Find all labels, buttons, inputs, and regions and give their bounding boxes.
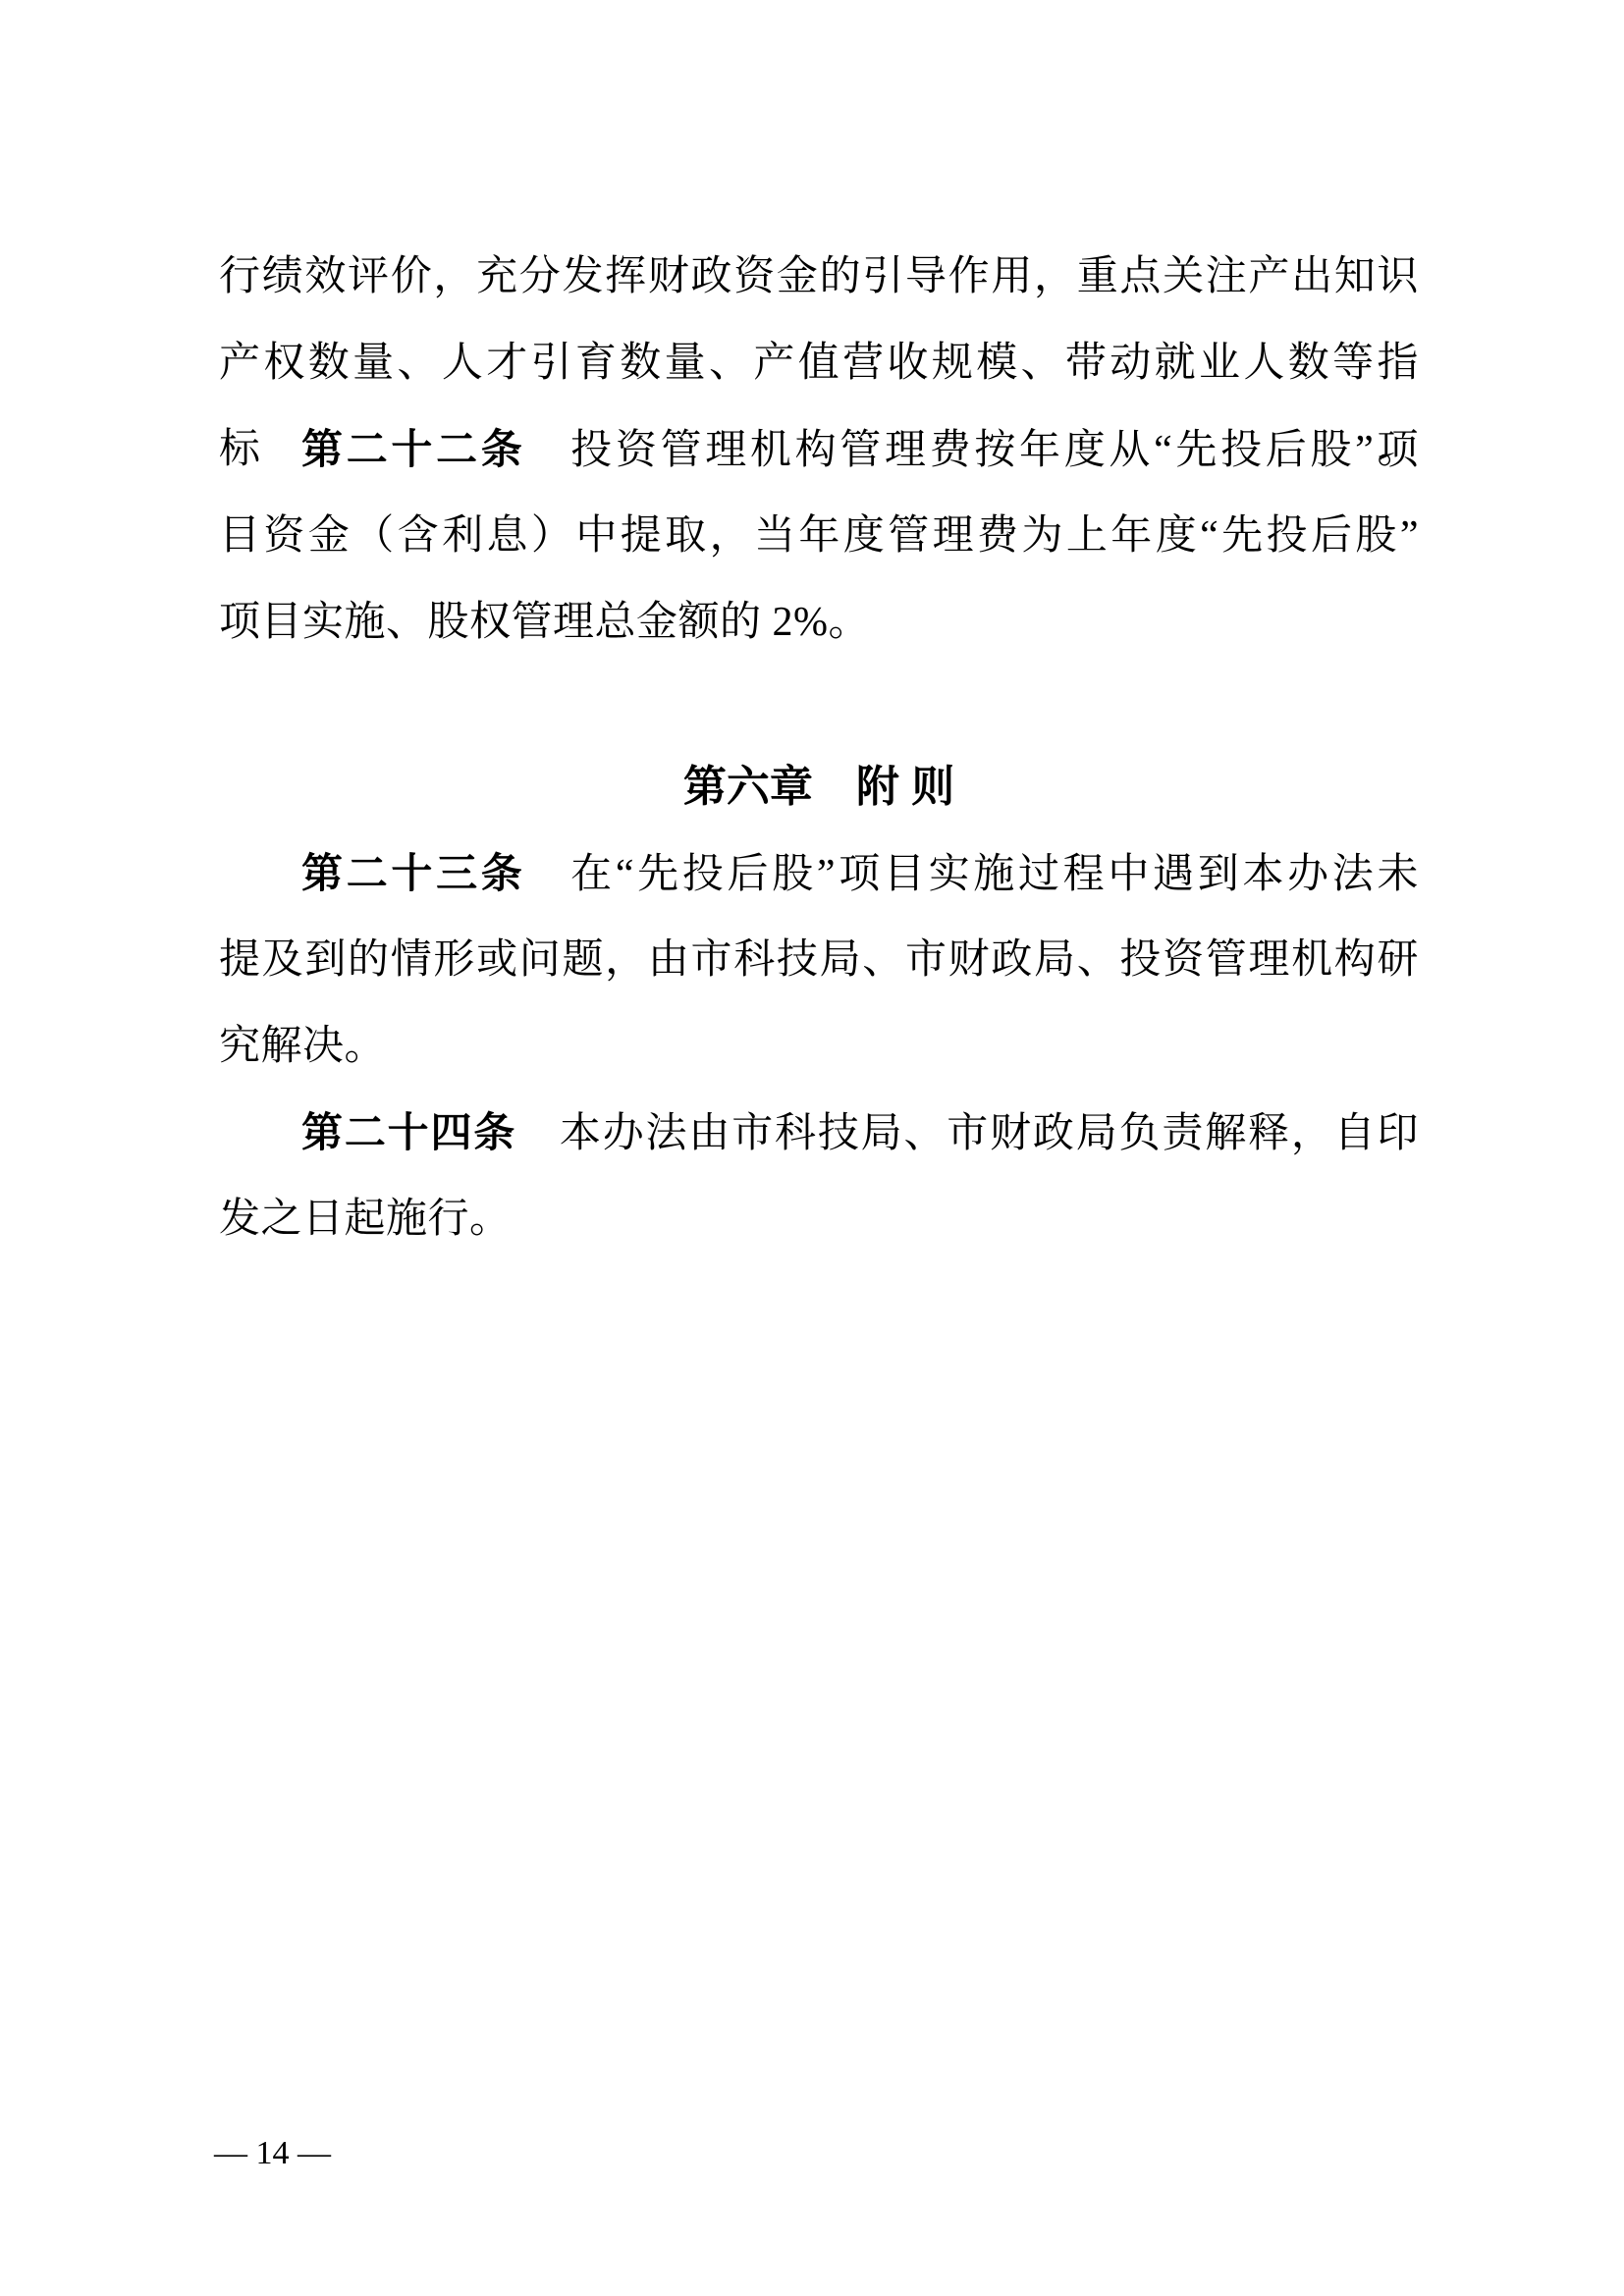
body-line: 目资金（含利息）中提取，当年度管理费为上年度“先投后股” bbox=[219, 493, 1419, 579]
body-line: 发之日起施行。 bbox=[219, 1176, 1419, 1262]
body-line: 提及到的情形或问题，由市科技局、市财政局、投资管理机构研 bbox=[219, 917, 1419, 1003]
page-number: — 14 — bbox=[214, 2132, 331, 2175]
article-number: 第二十二条 bbox=[301, 426, 570, 472]
body-line-article-22: 第二十二条 投资管理机构管理费按年度从“先投后股”项 bbox=[219, 406, 1419, 493]
article-number: 第二十四条 bbox=[301, 1109, 560, 1155]
article-text: 在“先投后股”项目实施过程中遇到本办法未 bbox=[570, 852, 1419, 897]
article-text: 投资管理机构管理费按年度从“先投后股”项 bbox=[570, 428, 1419, 473]
article-text: 本办法由市科技局、市财政局负责解释，自印 bbox=[560, 1111, 1419, 1156]
chapter-heading: 第六章 附 则 bbox=[219, 744, 1419, 830]
body-line: 项目实施、股权管理总金额的 2%。 bbox=[219, 579, 1419, 666]
body-line: 产权数量、人才引育数量、产值营收规模、带动就业人数等指标。 bbox=[219, 320, 1419, 406]
body-line: 行绩效评价，充分发挥财政资金的引导作用，重点关注产出知识 bbox=[219, 234, 1419, 320]
document-page: 行绩效评价，充分发挥财政资金的引导作用，重点关注产出知识 产权数量、人才引育数量… bbox=[0, 0, 1624, 2296]
body-line-article-24: 第二十四条 本办法由市科技局、市财政局负责解释，自印 bbox=[219, 1090, 1419, 1176]
body-line: 究解决。 bbox=[219, 1003, 1419, 1090]
article-number: 第二十三条 bbox=[301, 850, 570, 896]
document-body: 行绩效评价，充分发挥财政资金的引导作用，重点关注产出知识 产权数量、人才引育数量… bbox=[219, 234, 1419, 1262]
body-line-article-23: 第二十三条 在“先投后股”项目实施过程中遇到本办法未 bbox=[219, 830, 1419, 917]
